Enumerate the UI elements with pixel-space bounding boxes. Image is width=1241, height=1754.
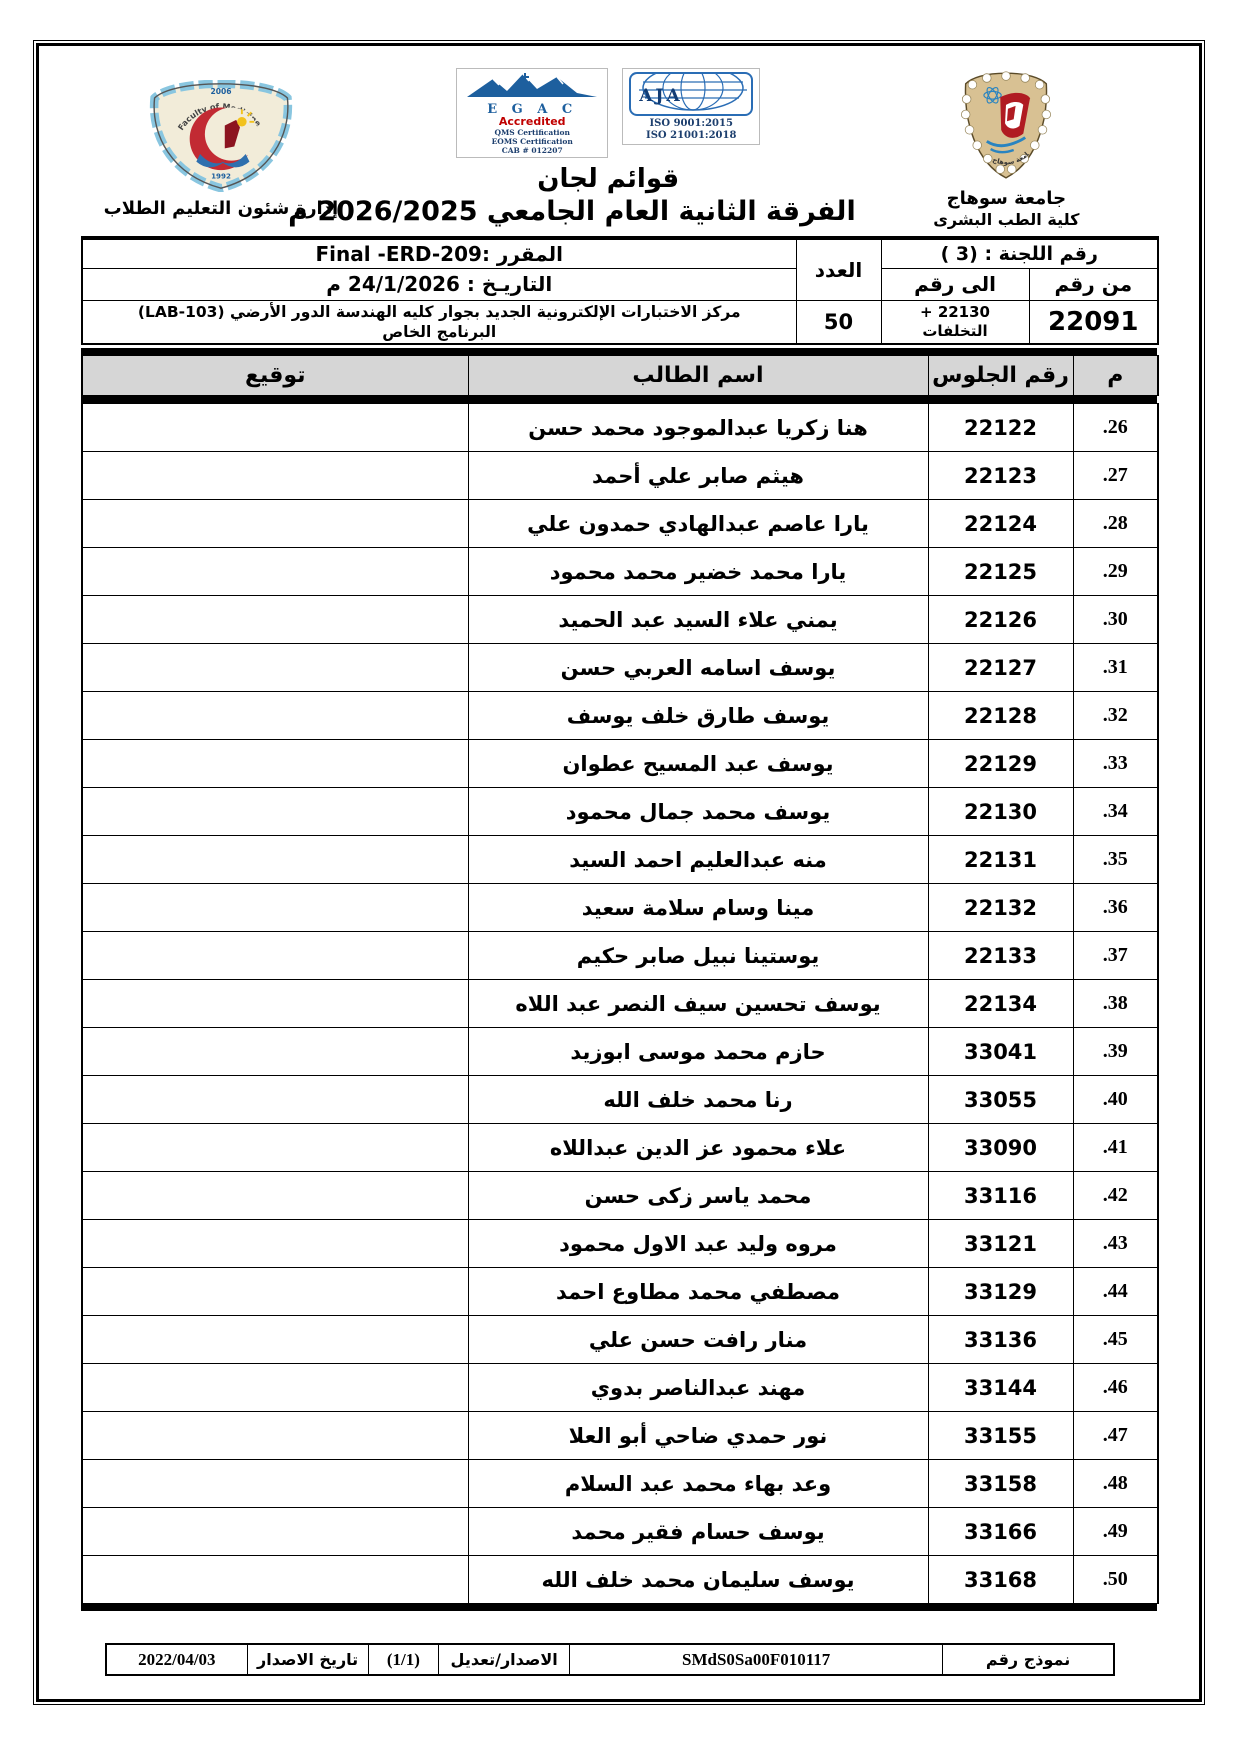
student-row: 47. 33155 نور حمدي ضاحي أبو العلا: [82, 1412, 1158, 1460]
student-name: يوسف تحسين سيف النصر عبد اللاه: [468, 980, 928, 1028]
col-header-signature: توقيع: [82, 356, 468, 396]
seat-number: 22128: [928, 692, 1073, 740]
row-index: 26.: [1073, 404, 1158, 452]
signature-cell: [82, 548, 468, 596]
student-table: 26. 22122 هنا زكريا عبدالموجود محمد حسن …: [81, 403, 1159, 1604]
committee-info-table: رقم اللجنة : (3 ) العدد المقرر :Final -E…: [81, 236, 1159, 345]
student-name: يمني علاء السيد عبد الحميد: [468, 596, 928, 644]
row-index: 44.: [1073, 1268, 1158, 1316]
separator-bar-header: [81, 396, 1157, 403]
egac-mountains-icon: [463, 84, 601, 103]
signature-cell: [82, 1508, 468, 1556]
exam-date-field: التاريـخ : 24/1/2026 م: [82, 268, 796, 300]
seat-number: 33136: [928, 1316, 1073, 1364]
to-number-value: 22130 + التخلفات: [881, 300, 1029, 344]
student-name: مهند عبدالناصر بدوي: [468, 1364, 928, 1412]
document-title: قوائم لجان: [361, 164, 856, 194]
student-row: 48. 33158 وعد بهاء محمد عبد السلام: [82, 1460, 1158, 1508]
egac-accredited-label: Accredited: [463, 116, 601, 128]
student-row: 37. 22133 يوستينا نبيل صابر حكيم: [82, 932, 1158, 980]
row-index: 47.: [1073, 1412, 1158, 1460]
student-name: علاء محمود عز الدين عبداللاه: [468, 1124, 928, 1172]
student-row: 27. 22123 هيثم صابر علي أحمد: [82, 452, 1158, 500]
seat-number: 22127: [928, 644, 1073, 692]
signature-cell: [82, 1460, 468, 1508]
seat-number: 33129: [928, 1268, 1073, 1316]
student-name: نور حمدي ضاحي أبو العلا: [468, 1412, 928, 1460]
row-index: 43.: [1073, 1220, 1158, 1268]
signature-cell: [82, 452, 468, 500]
row-index: 37.: [1073, 932, 1158, 980]
signature-cell: [82, 1316, 468, 1364]
col-header-seat-number: رقم الجلوس: [928, 356, 1073, 396]
row-index: 48.: [1073, 1460, 1158, 1508]
row-index: 31.: [1073, 644, 1158, 692]
student-row: 35. 22131 منه عبدالعليم احمد السيد: [82, 836, 1158, 884]
count-value: 50: [796, 300, 881, 344]
exam-location-field: مركز الاختبارات الإلكترونية الجديد بجوار…: [82, 300, 796, 344]
student-name: يوسف اسامه العربي حسن: [468, 644, 928, 692]
seat-number: 33168: [928, 1556, 1073, 1604]
course-field: المقرر :Final -ERD-209: [82, 238, 796, 268]
faculty-name-caption: كلية الطب البشرى: [856, 210, 1157, 229]
header-center: E G A C Accredited QMS Certification EOM…: [361, 54, 856, 236]
signature-cell: [82, 1076, 468, 1124]
issue-revision-label: الاصدار/تعديل: [439, 1644, 570, 1675]
student-row: 31. 22127 يوسف اسامه العربي حسن: [82, 644, 1158, 692]
document-subtitle: الفرقة الثانية العام الجامعي 2026/2025 م: [361, 196, 856, 227]
col-header-index: م: [1073, 356, 1158, 396]
seat-number: 22133: [928, 932, 1073, 980]
svg-text:2006: 2006: [210, 87, 231, 96]
student-row: 30. 22126 يمني علاء السيد عبد الحميد: [82, 596, 1158, 644]
signature-cell: [82, 404, 468, 452]
to-number-label: الى رقم: [881, 268, 1029, 300]
student-name: مروه وليد عبد الاول محمود: [468, 1220, 928, 1268]
student-name: وعد بهاء محمد عبد السلام: [468, 1460, 928, 1508]
student-table-header: م رقم الجلوس اسم الطالب توقيع: [81, 355, 1159, 396]
from-number-label: من رقم: [1029, 268, 1158, 300]
signature-cell: [82, 1220, 468, 1268]
student-name: هنا زكريا عبدالموجود محمد حسن: [468, 404, 928, 452]
student-name: رنا محمد خلف الله: [468, 1076, 928, 1124]
student-row: 45. 33136 منار رافت حسن علي: [82, 1316, 1158, 1364]
student-row: 39. 33041 حازم محمد موسى ابوزيد: [82, 1028, 1158, 1076]
egac-logo: E G A C Accredited QMS Certification EOM…: [456, 68, 608, 158]
faculty-of-medicine-logo-icon: 2006 Faculty of Medicine 1992: [123, 177, 319, 196]
student-name: يوسف حسام فقير محمد: [468, 1508, 928, 1556]
row-index: 50.: [1073, 1556, 1158, 1604]
seat-number: 33144: [928, 1364, 1073, 1412]
svg-text:1992: 1992: [211, 172, 231, 181]
signature-cell: [82, 596, 468, 644]
row-index: 42.: [1073, 1172, 1158, 1220]
student-name: حازم محمد موسى ابوزيد: [468, 1028, 928, 1076]
row-index: 32.: [1073, 692, 1158, 740]
sohag-university-logo-icon: جامعة سوهاج: [958, 167, 1054, 186]
seat-number: 22126: [928, 596, 1073, 644]
signature-cell: [82, 1412, 468, 1460]
student-name: يوسف عبد المسيح عطوان: [468, 740, 928, 788]
seat-number: 22129: [928, 740, 1073, 788]
signature-cell: [82, 1364, 468, 1412]
count-label: العدد: [796, 238, 881, 300]
student-table-body: 26. 22122 هنا زكريا عبدالموجود محمد حسن …: [82, 404, 1158, 1604]
university-name-caption: جامعة سوهاج: [856, 188, 1157, 209]
student-row: 43. 33121 مروه وليد عبد الاول محمود: [82, 1220, 1158, 1268]
issue-date-value: 2022/04/03: [106, 1644, 247, 1675]
signature-cell: [82, 692, 468, 740]
student-row: 44. 33129 مصطفي محمد مطاوع احمد: [82, 1268, 1158, 1316]
certification-logos: E G A C Accredited QMS Certification EOM…: [361, 68, 856, 158]
aja-iso-lines: ISO 9001:2015 ISO 21001:2018: [629, 118, 753, 142]
seat-number: 22125: [928, 548, 1073, 596]
student-row: 38. 22134 يوسف تحسين سيف النصر عبد اللاه: [82, 980, 1158, 1028]
signature-cell: [82, 884, 468, 932]
separator-bar-top: [81, 348, 1157, 355]
student-row: 34. 22130 يوسف محمد جمال محمود: [82, 788, 1158, 836]
committee-number-label: رقم اللجنة : (3 ): [881, 238, 1158, 268]
student-row: 26. 22122 هنا زكريا عبدالموجود محمد حسن: [82, 404, 1158, 452]
row-index: 45.: [1073, 1316, 1158, 1364]
issue-date-label: تاريخ الاصدار: [247, 1644, 368, 1675]
student-name: محمد ياسر زكى حسن: [468, 1172, 928, 1220]
separator-bar-bottom: [81, 1604, 1157, 1611]
student-name: يوسف طارق خلف يوسف: [468, 692, 928, 740]
seat-number: 33055: [928, 1076, 1073, 1124]
from-number-value: 22091: [1029, 300, 1158, 344]
form-number-value: SMdS0Sa00F010117: [570, 1644, 943, 1675]
aja-wordmark: AJA: [639, 86, 682, 106]
university-logo-block: جامعة سوهاج جامعة سوهاج كلية الطب البشرى: [856, 54, 1157, 236]
student-row: 40. 33055 رنا محمد خلف الله: [82, 1076, 1158, 1124]
seat-number: 33116: [928, 1172, 1073, 1220]
row-index: 49.: [1073, 1508, 1158, 1556]
issue-revision-value: (1/1): [368, 1644, 439, 1675]
signature-cell: [82, 932, 468, 980]
row-index: 46.: [1073, 1364, 1158, 1412]
seat-number: 22124: [928, 500, 1073, 548]
egac-certification-lines: QMS Certification EOMS Certification CAB…: [463, 128, 601, 155]
aja-globe-icon: AJA: [629, 72, 753, 116]
student-row: 49. 33166 يوسف حسام فقير محمد: [82, 1508, 1158, 1556]
row-index: 34.: [1073, 788, 1158, 836]
signature-cell: [82, 1028, 468, 1076]
seat-number: 33090: [928, 1124, 1073, 1172]
seat-number: 22130: [928, 788, 1073, 836]
signature-cell: [82, 1268, 468, 1316]
seat-number: 33121: [928, 1220, 1073, 1268]
seat-number: 33155: [928, 1412, 1073, 1460]
signature-cell: [82, 980, 468, 1028]
page-header: 2006 Faculty of Medicine 1992 إدارة شئون…: [81, 54, 1157, 236]
row-index: 29.: [1073, 548, 1158, 596]
signature-cell: [82, 500, 468, 548]
student-row: 33. 22129 يوسف عبد المسيح عطوان: [82, 740, 1158, 788]
aja-logo: AJA ISO 9001:2015 ISO 21001:2018: [622, 68, 760, 145]
student-row: 50. 33168 يوسف سليمان محمد خلف الله: [82, 1556, 1158, 1604]
signature-cell: [82, 1124, 468, 1172]
student-row: 29. 22125 يارا محمد خضير محمد محمود: [82, 548, 1158, 596]
row-index: 38.: [1073, 980, 1158, 1028]
seat-number: 33041: [928, 1028, 1073, 1076]
seat-number: 33158: [928, 1460, 1073, 1508]
row-index: 39.: [1073, 1028, 1158, 1076]
signature-cell: [82, 1172, 468, 1220]
student-row: 36. 22132 مينا وسام سلامة سعيد: [82, 884, 1158, 932]
signature-cell: [82, 644, 468, 692]
seat-number: 22132: [928, 884, 1073, 932]
form-footer-table: نموذج رقم SMdS0Sa00F010117 الاصدار/تعديل…: [105, 1643, 1115, 1676]
student-row: 32. 22128 يوسف طارق خلف يوسف: [82, 692, 1158, 740]
seat-number: 22123: [928, 452, 1073, 500]
page-frame-inner: 2006 Faculty of Medicine 1992 إدارة شئون…: [36, 43, 1202, 1702]
col-header-student-name: اسم الطالب: [468, 356, 928, 396]
student-name: يارا محمد خضير محمد محمود: [468, 548, 928, 596]
row-index: 30.: [1073, 596, 1158, 644]
row-index: 35.: [1073, 836, 1158, 884]
row-index: 40.: [1073, 1076, 1158, 1124]
student-name: منار رافت حسن علي: [468, 1316, 928, 1364]
row-index: 41.: [1073, 1124, 1158, 1172]
row-index: 33.: [1073, 740, 1158, 788]
signature-cell: [82, 740, 468, 788]
signature-cell: [82, 836, 468, 884]
student-name: يارا عاصم عبدالهادي حمدون علي: [468, 500, 928, 548]
seat-number: 22131: [928, 836, 1073, 884]
seat-number: 22122: [928, 404, 1073, 452]
row-index: 36.: [1073, 884, 1158, 932]
seat-number: 22134: [928, 980, 1073, 1028]
student-name: يوسف سليمان محمد خلف الله: [468, 1556, 928, 1604]
student-row: 46. 33144 مهند عبدالناصر بدوي: [82, 1364, 1158, 1412]
seat-number: 33166: [928, 1508, 1073, 1556]
student-name: منه عبدالعليم احمد السيد: [468, 836, 928, 884]
student-name: مصطفي محمد مطاوع احمد: [468, 1268, 928, 1316]
student-name: يوستينا نبيل صابر حكيم: [468, 932, 928, 980]
row-index: 27.: [1073, 452, 1158, 500]
student-name: مينا وسام سلامة سعيد: [468, 884, 928, 932]
signature-cell: [82, 1556, 468, 1604]
form-number-label: نموذج رقم: [943, 1644, 1114, 1675]
page-frame: 2006 Faculty of Medicine 1992 إدارة شئون…: [33, 40, 1205, 1705]
student-row: 28. 22124 يارا عاصم عبدالهادي حمدون علي: [82, 500, 1158, 548]
row-index: 28.: [1073, 500, 1158, 548]
student-name: هيثم صابر علي أحمد: [468, 452, 928, 500]
signature-cell: [82, 788, 468, 836]
student-name: يوسف محمد جمال محمود: [468, 788, 928, 836]
student-row: 42. 33116 محمد ياسر زكى حسن: [82, 1172, 1158, 1220]
student-row: 41. 33090 علاء محمود عز الدين عبداللاه: [82, 1124, 1158, 1172]
